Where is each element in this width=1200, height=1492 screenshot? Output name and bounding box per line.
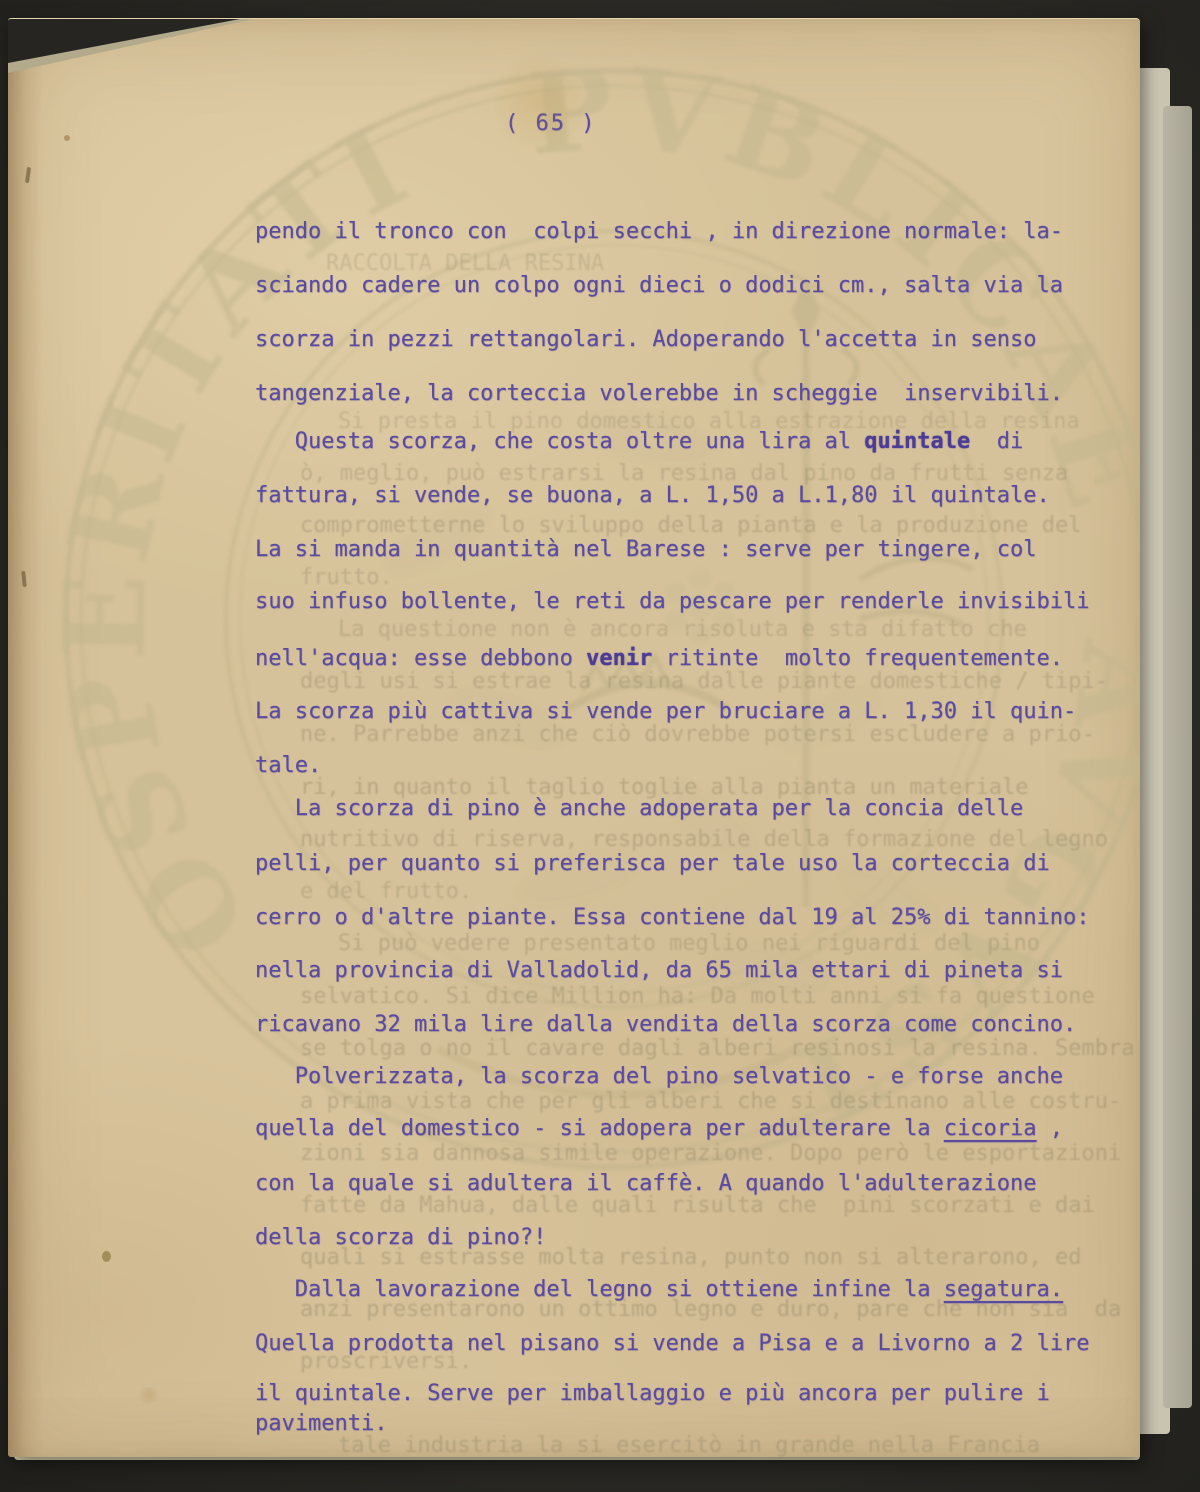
typed-segment: La si manda in quantità nel Barese : ser… <box>255 537 1036 562</box>
typed-line: pavimenti. <box>255 1411 387 1436</box>
typed-line: La scorza più cattiva si vende per bruci… <box>255 699 1076 724</box>
typed-segment: La scorza più cattiva si vende per bruci… <box>255 699 1076 724</box>
typed-text: pendo il tronco con colpi secchi , in di… <box>8 19 1140 1457</box>
typed-segment: quella del domestico - si adopera per ad… <box>255 1116 944 1141</box>
typed-segment: di <box>970 429 1023 454</box>
typed-segment: , <box>1036 1116 1063 1141</box>
typed-segment: scorza in pezzi rettangolari. Adoperando… <box>255 327 1036 352</box>
typed-line: Polverizzata, la scorza del pino selvati… <box>255 1064 1063 1089</box>
typed-segment: con la quale si adultera il caffè. A qua… <box>255 1171 1036 1196</box>
typed-segment: tangenziale, la corteccia volerebbe in s… <box>255 381 1063 406</box>
typed-segment: tale. <box>255 753 321 778</box>
typed-line: Quella prodotta nel pisano si vende a Pi… <box>255 1331 1089 1356</box>
typed-segment: pavimenti. <box>255 1411 387 1436</box>
stain-spot <box>64 135 70 141</box>
stain-spot <box>102 1251 111 1262</box>
typed-line: suo infuso bollente, le reti da pescare … <box>255 589 1089 614</box>
stain-spot <box>136 1387 162 1403</box>
typed-line: pelli, per quanto si preferisca per tale… <box>255 851 1050 876</box>
typed-segment: Questa scorza, che costa oltre una lira … <box>295 429 865 454</box>
typed-line: sciando cadere un colpo ogni dieci o dod… <box>255 273 1063 298</box>
typed-segment: cicoria <box>944 1116 1037 1141</box>
typed-segment: segatura. <box>944 1277 1063 1302</box>
typed-segment: cerro o d'altre piante. Essa contiene da… <box>255 905 1089 930</box>
underlying-page-edge-2 <box>1163 106 1192 1408</box>
typed-segment: Quella prodotta nel pisano si vende a Pi… <box>255 1331 1089 1356</box>
typed-segment: venir <box>586 646 652 671</box>
typed-line: fattura, si vende, se buona, a L. 1,50 a… <box>255 483 1050 508</box>
page-sheet: OSPERITATI PVBLICAE AVGVST <box>8 18 1140 1457</box>
typed-line: Questa scorza, che costa oltre una lira … <box>255 429 1023 454</box>
typed-segment: pendo il tronco con colpi secchi , in di… <box>255 219 1063 244</box>
typed-line: pendo il tronco con colpi secchi , in di… <box>255 219 1063 244</box>
typed-segment: ricavano 32 mila lire dalla vendita dell… <box>255 1012 1076 1037</box>
typed-line: nella provincia di Valladolid, da 65 mil… <box>255 958 1063 983</box>
binding-crease <box>8 19 42 1457</box>
stain-spot <box>494 49 584 159</box>
typed-line: tale. <box>255 753 321 778</box>
typed-segment: La scorza di pino è anche adoperata per … <box>295 796 1023 821</box>
typed-line: nell'acqua: esse debbono venir ritinte m… <box>255 646 1063 671</box>
typed-line: scorza in pezzi rettangolari. Adoperando… <box>255 327 1036 352</box>
typed-line: ricavano 32 mila lire dalla vendita dell… <box>255 1012 1076 1037</box>
typed-line: il quintale. Serve per imballaggio e più… <box>255 1381 1050 1406</box>
typed-segment: nella provincia di Valladolid, da 65 mil… <box>255 958 1063 983</box>
typed-segment: pelli, per quanto si preferisca per tale… <box>255 851 1050 876</box>
scan-photo: OSPERITATI PVBLICAE AVGVST <box>0 0 1200 1492</box>
typed-segment: fattura, si vende, se buona, a L. 1,50 a… <box>255 483 1050 508</box>
typed-segment: il quintale. Serve per imballaggio e più… <box>255 1381 1050 1406</box>
typed-segment: ritinte molto frequentemente. <box>652 646 1063 671</box>
typed-line: Dalla lavorazione del legno si ottiene i… <box>255 1277 1063 1302</box>
typed-line: cerro o d'altre piante. Essa contiene da… <box>255 905 1089 930</box>
typed-line: La scorza di pino è anche adoperata per … <box>255 796 1023 821</box>
typed-line: La si manda in quantità nel Barese : ser… <box>255 537 1036 562</box>
typed-segment: nell'acqua: esse debbono <box>255 646 586 671</box>
typed-segment: Polverizzata, la scorza del pino selvati… <box>295 1064 1063 1089</box>
typed-line: con la quale si adultera il caffè. A qua… <box>255 1171 1036 1196</box>
typed-segment: Dalla lavorazione del legno si ottiene i… <box>295 1277 944 1302</box>
typed-line: quella del domestico - si adopera per ad… <box>255 1116 1063 1141</box>
typed-segment: quintale <box>864 429 970 454</box>
typed-segment: suo infuso bollente, le reti da pescare … <box>255 589 1089 614</box>
typed-line: tangenziale, la corteccia volerebbe in s… <box>255 381 1063 406</box>
typed-line: della scorza di pino?! <box>255 1225 546 1250</box>
typed-segment: della scorza di pino?! <box>255 1225 546 1250</box>
typed-segment: sciando cadere un colpo ogni dieci o dod… <box>255 273 1063 298</box>
